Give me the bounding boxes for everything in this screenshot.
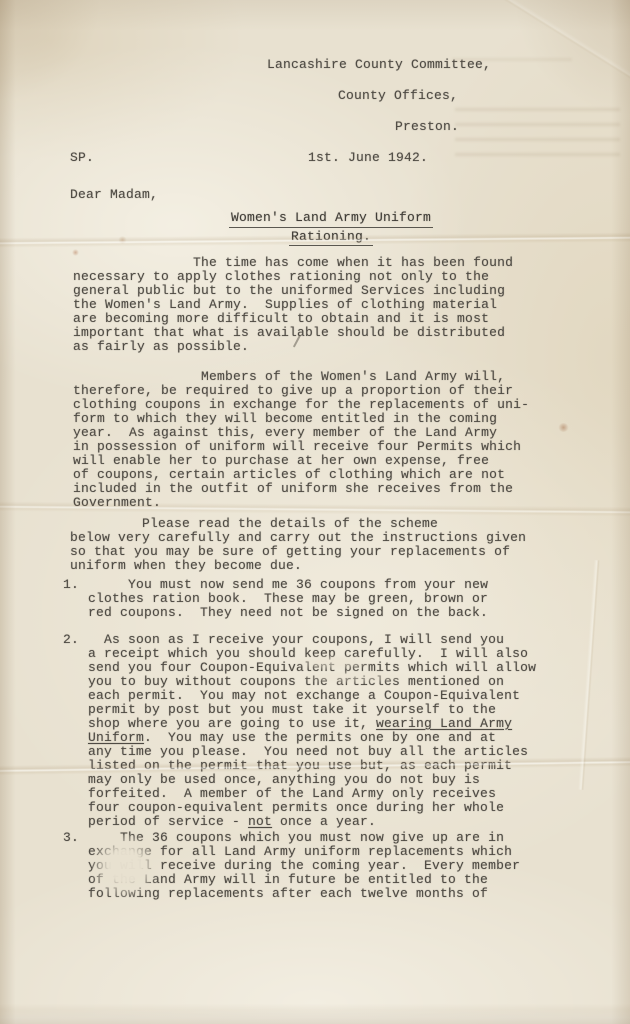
paragraph-intro: The time has come when it has been found…	[73, 256, 592, 354]
underlined-word-not: not	[248, 814, 272, 829]
subject-heading-line1: Women's Land Army Uniform	[229, 209, 433, 228]
list-item-2-text: As soon as I receive your coupons, I wil…	[88, 633, 536, 829]
list-item-3-text: The 36 coupons which you must now give u…	[88, 831, 520, 901]
reference-date-row: SP. 1st. June 1942.	[70, 150, 592, 166]
letterhead-line-town: Preston.	[395, 119, 592, 135]
letter-date: 1st. June 1942.	[308, 150, 428, 166]
list-item-3-number: 3.	[63, 831, 88, 901]
paragraph-instructions: Please read the details of the scheme be…	[70, 517, 592, 573]
list-item-1-text: You must now send me 36 coupons from you…	[88, 578, 488, 620]
reference-initials: SP.	[70, 150, 94, 166]
letterhead-line-organisation: Lancashire County Committee,	[267, 57, 592, 73]
list-item-3: 3. The 36 coupons which you must now giv…	[63, 831, 592, 901]
paragraph-coupon-scheme: Members of the Women's Land Army will, t…	[73, 370, 592, 510]
subject-heading-line2: Rationing.	[289, 228, 373, 247]
letter-page: Lancashire County Committee, County Offi…	[0, 0, 630, 1024]
list-item-2-number: 2.	[63, 633, 88, 829]
list-item-1: 1. You must now send me 36 coupons from …	[63, 578, 592, 620]
list-item-2-seg3: once a year.	[272, 814, 376, 829]
letterhead-line-office: County Offices,	[338, 88, 592, 104]
list-item-1-number: 1.	[63, 578, 88, 620]
salutation: Dear Madam,	[70, 187, 592, 203]
letterhead: Lancashire County Committee, County Offi…	[70, 57, 592, 135]
subject-heading: Women's Land Army Uniform Rationing.	[70, 209, 592, 246]
list-item-2: 2. As soon as I receive your coupons, I …	[63, 633, 592, 829]
